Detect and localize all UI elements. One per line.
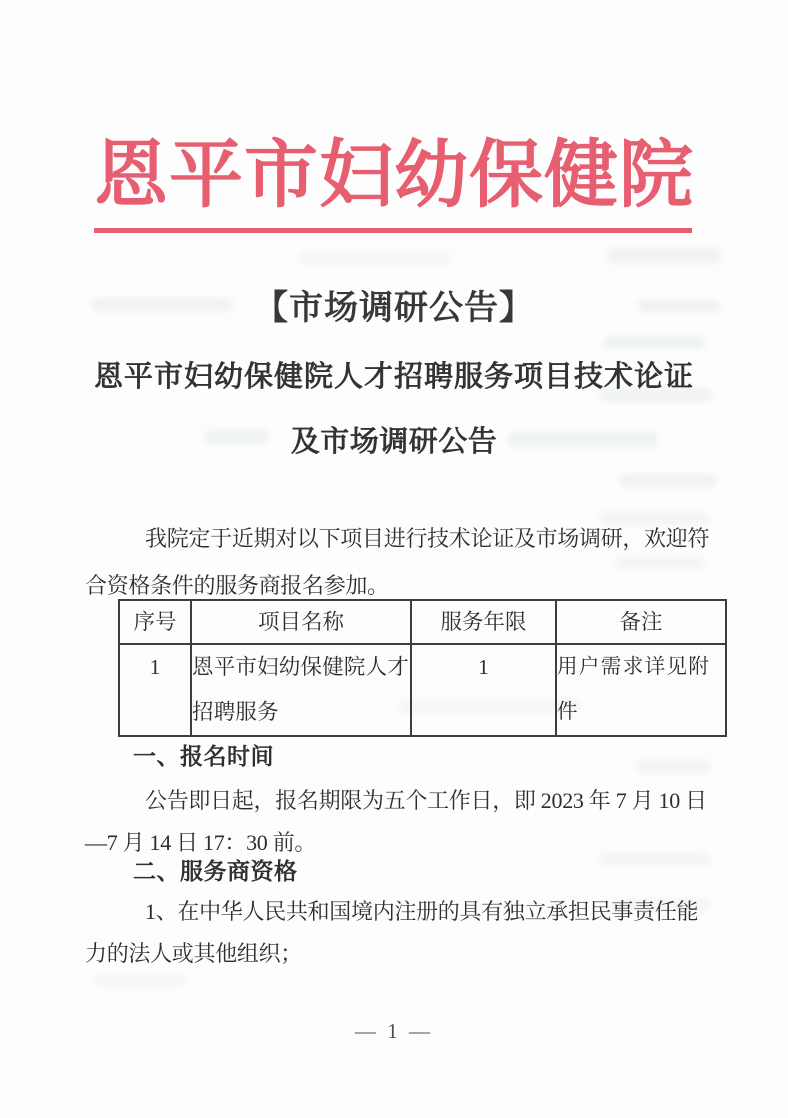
section2-line2: 力的法人或其他组织； [85, 939, 302, 969]
document-title-line1: 恩平市妇幼保健院人才招聘服务项目技术论证 [0, 359, 788, 395]
scanned-document-page: 恩平市妇幼保健院 【市场调研公告】 恩平市妇幼保健院人才招聘服务项目技术论证 及… [0, 0, 788, 1118]
intro-paragraph-line2: 合资格条件的服务商报名参加。 [85, 571, 389, 601]
document-title-line2: 及市场调研公告 [0, 424, 788, 460]
bleedthrough-artifact [300, 252, 450, 265]
cell-remark: 用户需求详见附件 [556, 644, 726, 736]
bleedthrough-artifact [608, 248, 720, 263]
letterhead-rule [94, 228, 692, 233]
cell-index: 1 [119, 644, 191, 736]
section1-line1: 公告即日起，报名期限为五个工作日，即 2023 年 7 月 10 日 [85, 786, 707, 816]
cell-service-years: 1 [411, 644, 556, 736]
intro-paragraph-line1: 我院定于近期对以下项目进行技术论证及市场调研，欢迎符 [85, 524, 709, 554]
cell-project-name: 恩平市妇幼保健院人才招聘服务 [191, 644, 411, 736]
bleedthrough-artifact [616, 556, 704, 569]
bleedthrough-artifact [620, 474, 716, 487]
header-remark: 备注 [556, 600, 726, 644]
section2-line1: 1、在中华人民共和国境内注册的具有独立承担民事责任能 [85, 897, 698, 927]
notice-type-heading: 【市场调研公告】 [0, 289, 788, 329]
section2-heading: 二、服务商资格 [85, 856, 298, 886]
table-header-row: 序号 项目名称 服务年限 备注 [119, 600, 726, 644]
letterhead-title: 恩平市妇幼保健院 [0, 137, 788, 215]
page-number: — 1 — [0, 1019, 788, 1044]
header-project-name: 项目名称 [191, 600, 411, 644]
section1-heading: 一、报名时间 [85, 741, 274, 771]
project-table: 序号 项目名称 服务年限 备注 1 恩平市妇幼保健院人才招聘服务 1 用户需求详… [118, 599, 727, 737]
bleedthrough-artifact [604, 336, 704, 349]
bleedthrough-artifact [600, 852, 710, 865]
bleedthrough-artifact [95, 975, 185, 987]
header-index: 序号 [119, 600, 191, 644]
bleedthrough-artifact [636, 760, 710, 773]
section1-line2: —7 月 14 日 17：30 前。 [85, 828, 316, 858]
table-row: 1 恩平市妇幼保健院人才招聘服务 1 用户需求详见附件 [119, 644, 726, 736]
header-service-years: 服务年限 [411, 600, 556, 644]
